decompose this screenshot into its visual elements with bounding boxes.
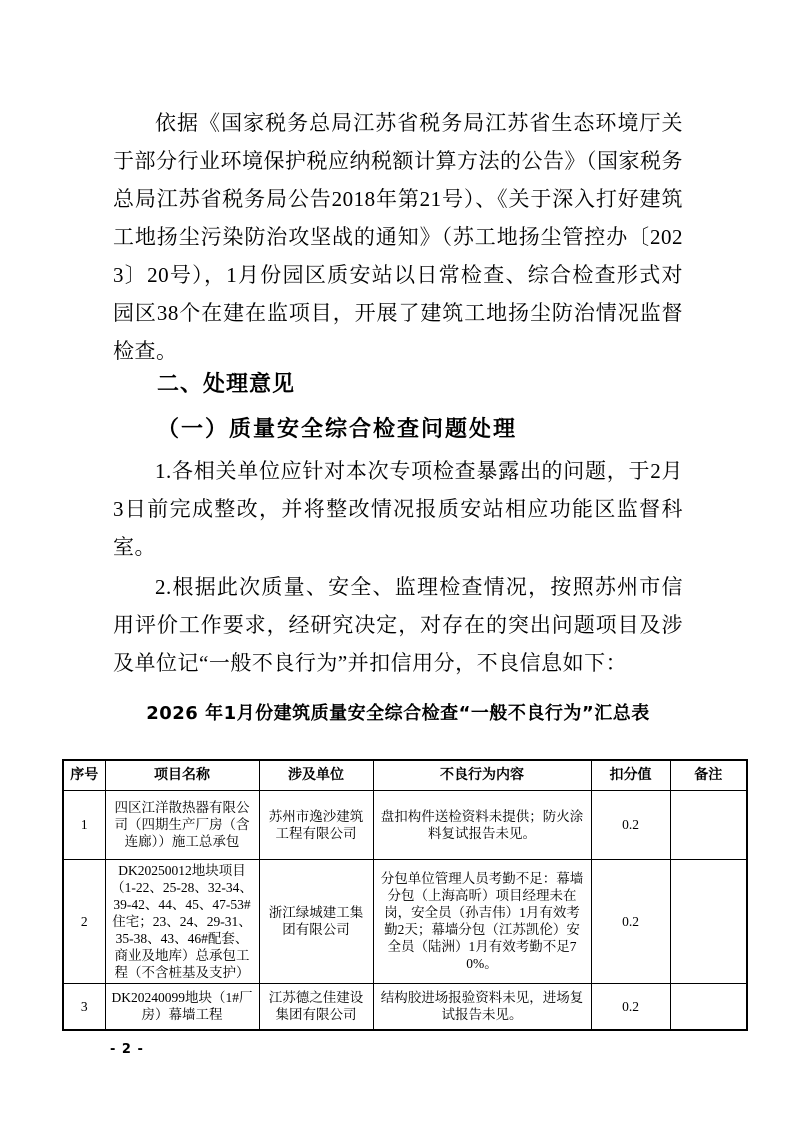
section-heading: 二、处理意见 xyxy=(113,370,683,400)
cell-bad-behavior: 结构胶进场报验资料未见，进场复试报告未见。 xyxy=(373,983,591,1030)
cell-project-name: DK20240099地块（1#厂房）幕墙工程 xyxy=(105,983,259,1030)
table-row: 1 四区江洋散热器有限公司（四期生产厂房（含连廊））施工总承包 苏州市逸沙建筑工… xyxy=(63,790,747,859)
item-paragraph-2: 2.根据此次质量、安全、监理检查情况，按照苏州市信用评价工作要求，经研究决定，对… xyxy=(113,568,683,682)
header-remark: 备注 xyxy=(670,760,747,790)
cell-deduction: 0.2 xyxy=(591,983,670,1030)
subsection-heading: （一）质量安全综合检查问题处理 xyxy=(113,414,683,444)
cell-involved-unit: 浙江绿城建工集团有限公司 xyxy=(259,859,373,983)
cell-index: 3 xyxy=(63,983,105,1030)
cell-deduction: 0.2 xyxy=(591,790,670,859)
header-project-name: 项目名称 xyxy=(105,760,259,790)
header-deduction: 扣分值 xyxy=(591,760,670,790)
cell-remark xyxy=(670,859,747,983)
cell-project-name: 四区江洋散热器有限公司（四期生产厂房（含连廊））施工总承包 xyxy=(105,790,259,859)
document-body: 依据《国家税务总局江苏省税务局江苏省生态环境厅关于部分行业环境保护税应纳税额计算… xyxy=(0,0,793,727)
table-header-row: 序号 项目名称 涉及单位 不良行为内容 扣分值 备注 xyxy=(63,760,747,790)
intro-paragraph: 依据《国家税务总局江苏省税务局江苏省生态环境厅关于部分行业环境保护税应纳税额计算… xyxy=(113,104,683,370)
table-row: 3 DK20240099地块（1#厂房）幕墙工程 江苏德之佳建设集团有限公司 结… xyxy=(63,983,747,1030)
table-title: 2026 年1月份建筑质量安全综合检查“一般不良行为”汇总表 xyxy=(113,701,683,727)
cell-deduction: 0.2 xyxy=(591,859,670,983)
header-bad-behavior: 不良行为内容 xyxy=(373,760,591,790)
table-row: 2 DK20250012地块项目（1-22、25-28、32-34、39-42、… xyxy=(63,859,747,983)
summary-table: 序号 项目名称 涉及单位 不良行为内容 扣分值 备注 1 四区江洋散热器有限公司… xyxy=(62,759,748,1031)
cell-involved-unit: 苏州市逸沙建筑工程有限公司 xyxy=(259,790,373,859)
cell-index: 2 xyxy=(63,859,105,983)
cell-project-name: DK20250012地块项目（1-22、25-28、32-34、39-42、44… xyxy=(105,859,259,983)
cell-index: 1 xyxy=(63,790,105,859)
cell-involved-unit: 江苏德之佳建设集团有限公司 xyxy=(259,983,373,1030)
cell-remark xyxy=(670,790,747,859)
document-page: 依据《国家税务总局江苏省税务局江苏省生态环境厅关于部分行业环境保护税应纳税额计算… xyxy=(0,0,793,1122)
header-index: 序号 xyxy=(63,760,105,790)
cell-bad-behavior: 分包单位管理人员考勤不足：幕墙分包（上海高昕）项目经理未在岗，安全员（孙吉伟）1… xyxy=(373,859,591,983)
header-involved-unit: 涉及单位 xyxy=(259,760,373,790)
item-paragraph-1: 1.各相关单位应针对本次专项检查暴露出的问题，于2月3日前完成整改，并将整改情况… xyxy=(113,452,683,566)
page-number: - 2 - xyxy=(110,1042,144,1058)
cell-bad-behavior: 盘扣构件送检资料未提供；防火涂料复试报告未见。 xyxy=(373,790,591,859)
cell-remark xyxy=(670,983,747,1030)
